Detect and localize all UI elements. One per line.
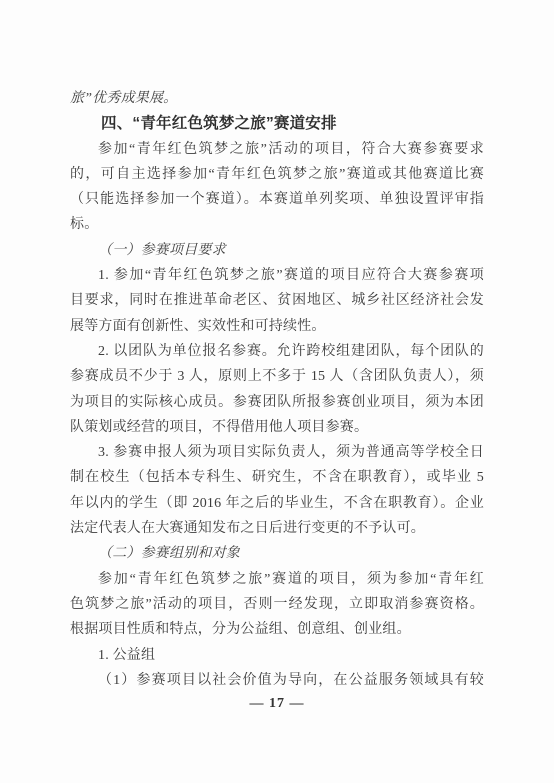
body-line: 色筑梦之旅”活动的项目，否则一经发现，立即取消参赛资格。 — [70, 592, 484, 617]
body-line: 目要求，同时在推进革命老区、贫困地区、城乡社区经济社会发 — [70, 288, 484, 313]
body-line: 1. 参加“青年红色筑梦之旅”赛道的项目应符合大赛参赛项 — [70, 263, 484, 288]
subsection-heading: （二）参赛组别和对象 — [70, 541, 484, 566]
body-line: 参赛成员不少于 3 人，原则上不多于 15 人（含团队负责人），须 — [70, 364, 484, 389]
page-number: — 17 — — [70, 695, 484, 713]
body-line: 队策划或经营的项目，不得借用他人项目参赛。 — [70, 415, 484, 440]
body-line: 2. 以团队为单位报名参赛。允许跨校组建团队，每个团队的 — [70, 339, 484, 364]
body-line: 1. 公益组 — [70, 643, 484, 668]
body-line: 标。 — [70, 212, 484, 237]
body-line: 的，可自主选择参加“青年红色筑梦之旅”赛道或其他赛道比赛 — [70, 162, 484, 187]
subsection-heading: （一）参赛项目要求 — [70, 238, 484, 263]
body-line: 展等方面有创新性、实效性和可持续性。 — [70, 314, 484, 339]
body-line: 3. 参赛申报人须为项目实际负责人，须为普通高等学校全日 — [70, 440, 484, 465]
body-line: 年以内的学生（即 2016 年之后的毕业生，不含在职教育）。企业 — [70, 491, 484, 516]
body-line: 参加“青年红色筑梦之旅”活动的项目，符合大赛参赛要求 — [70, 137, 484, 162]
kai-continuation-line: 旅”优秀成果展。 — [70, 86, 484, 111]
body-line: 制在校生（包括本专科生、研究生，不含在职教育），或毕业 5 — [70, 465, 484, 490]
body-line: （只能选择参加一个赛道）。本赛道单列奖项、单独设置评审指 — [70, 187, 484, 212]
body-line: 根据项目性质和特点，分为公益组、创意组、创业组。 — [70, 617, 484, 642]
body-line: 为项目的实际核心成员。参赛团队所报参赛创业项目，须为本团 — [70, 390, 484, 415]
document-page: 旅”优秀成果展。 四、“青年红色筑梦之旅”赛道安排 参加“青年红色筑梦之旅”活动… — [0, 0, 554, 783]
section-heading: 四、“青年红色筑梦之旅”赛道安排 — [70, 111, 484, 136]
body-line: 参加“青年红色筑梦之旅”赛道的项目，须为参加“青年红 — [70, 567, 484, 592]
body-line: （1）参赛项目以社会价值为导向，在公益服务领域具有较 — [70, 668, 484, 693]
body-line: 法定代表人在大赛通知发布之日后进行变更的不予认可。 — [70, 516, 484, 541]
